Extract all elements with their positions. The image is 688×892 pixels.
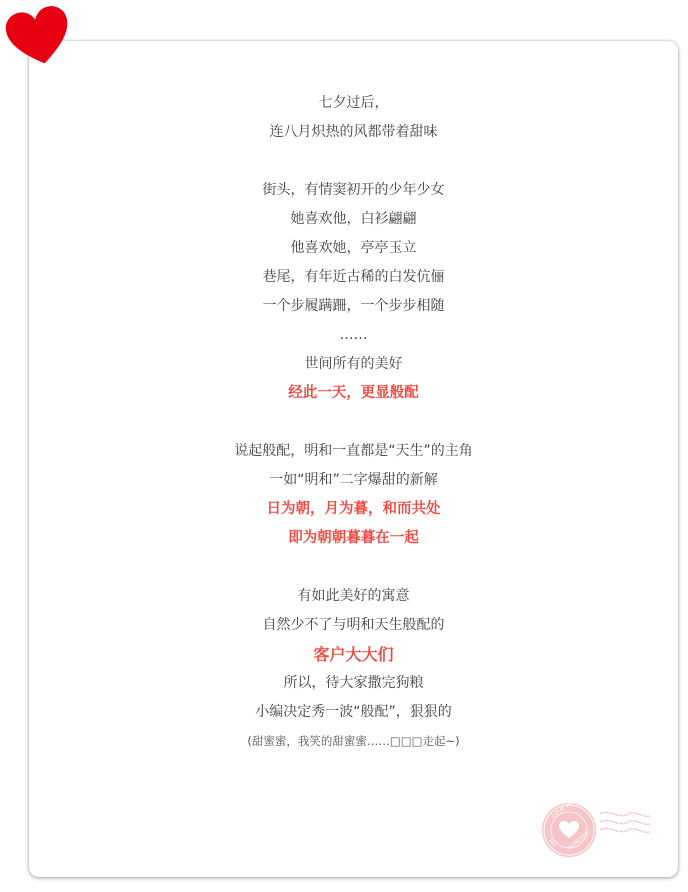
love-stamp-icon: LOVE ME FOREVER 365 — [540, 800, 652, 860]
poem-line: 巷尾，有年近古稀的白发伉俪 — [29, 263, 678, 292]
poem-blank-line — [29, 147, 678, 176]
poem-highlight-line: 客户大大们 — [29, 640, 678, 669]
poem-line: 一如“明和”二字爆甜的新解 — [29, 466, 678, 495]
poem-line: 小编决定秀一波“般配”，狠狠的 — [29, 698, 678, 727]
poem-line: 有如此美好的寓意 — [29, 582, 678, 611]
poem-blank-line — [29, 408, 678, 437]
poem-line: 一个步履蹒跚，一个步步相随 — [29, 292, 678, 321]
poem-line: 她喜欢他，白衫翩翩 — [29, 205, 678, 234]
poem-highlight-line: 经此一天，更显般配 — [29, 379, 678, 408]
poem-line: 说起般配，明和一直都是“天生”的主角 — [29, 437, 678, 466]
poem-line: 七夕过后， — [29, 89, 678, 118]
poem-highlight-line: 即为朝朝暮暮在一起 — [29, 524, 678, 553]
poem-line: 自然少不了与明和天生般配的 — [29, 611, 678, 640]
poem-line: 街头，有情窦初开的少年少女 — [29, 176, 678, 205]
poem-line: 世间所有的美好 — [29, 350, 678, 379]
poem-ellipsis: …… — [29, 321, 678, 350]
poem-footnote: (甜蜜蜜，我笑的甜蜜蜜……□□□走起~) — [29, 727, 678, 756]
poem-line: 连八月炽热的风都带着甜味 — [29, 118, 678, 147]
poem-line: 所以，待大家撒完狗粮 — [29, 669, 678, 698]
poem-blank-line — [29, 553, 678, 582]
poem-line: 他喜欢她，亭亭玉立 — [29, 234, 678, 263]
poem-highlight-line: 日为朝，月为暮，和而共处 — [29, 495, 678, 524]
poem-body: 七夕过后， 连八月炽热的风都带着甜味 街头，有情窦初开的少年少女 她喜欢他，白衫… — [29, 89, 678, 756]
